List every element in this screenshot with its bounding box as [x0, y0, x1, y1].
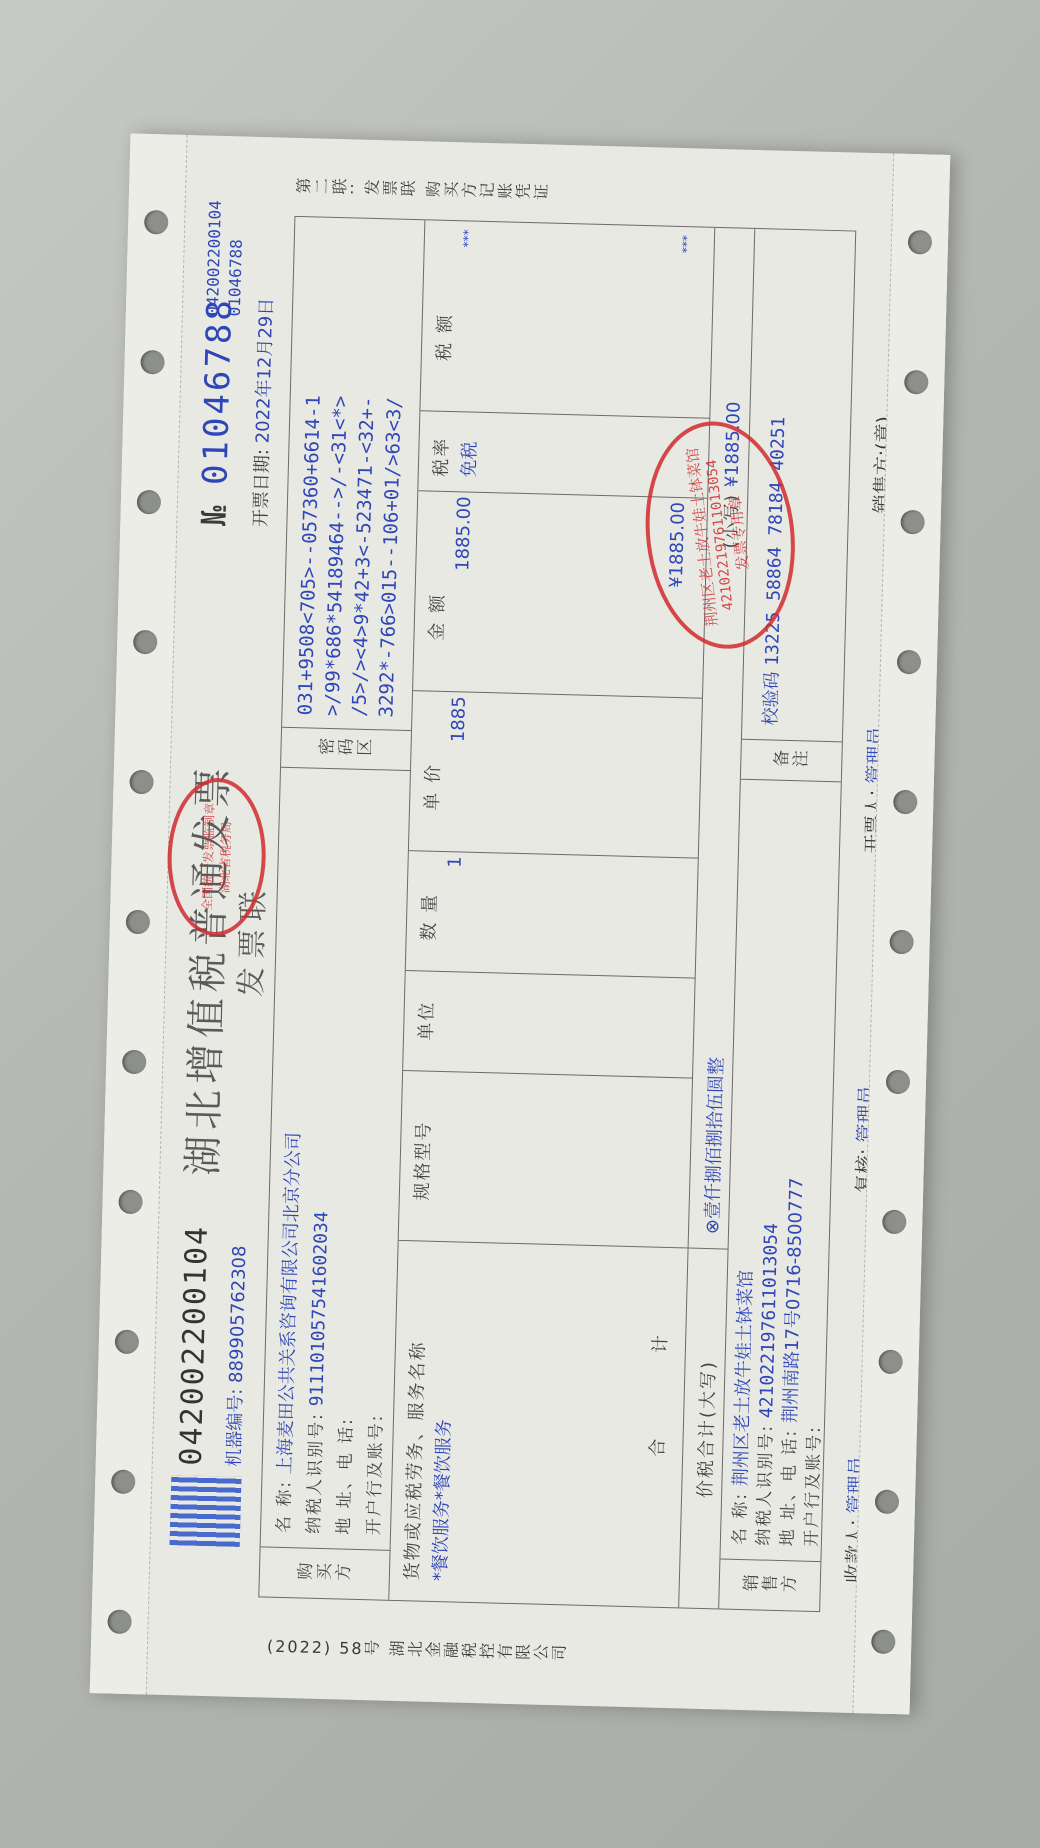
- sprocket-hole: [111, 1469, 136, 1494]
- sprocket-hole: [889, 930, 914, 955]
- issue-date: 开票日期: 2022年12月29日: [246, 297, 278, 527]
- items-col-qty: 数 量 1: [406, 850, 699, 978]
- item-price: 1885: [448, 696, 470, 742]
- sprocket-hole: [122, 1050, 147, 1075]
- right-code-block: 042002200104 01046788: [202, 200, 249, 317]
- item-amount: 1885.00: [452, 496, 475, 571]
- item-tax-rate: 免税: [455, 441, 482, 478]
- item-qty: 1: [444, 856, 465, 868]
- buyer-tax-id: 91110105754160203​4: [306, 1211, 332, 1407]
- items-col-name: 货物或应税劳务、服务名称 *餐饮服务*餐饮服务 合 计: [389, 1240, 688, 1607]
- items-col-spec: 规格型号: [399, 1070, 693, 1248]
- invoice-paper: 042002200104 机器编号: 889905762308 湖北增值税普通发…: [90, 134, 951, 1715]
- sprocket-hole: [900, 510, 925, 535]
- cipher-label: 密码区: [281, 727, 412, 770]
- sprocket-hole: [897, 650, 922, 675]
- buyer-name: 上海麦田公共关系咨询有限公司北京分公司: [275, 1132, 305, 1474]
- sprocket-hole: [144, 210, 169, 235]
- remarks-label: 备注: [741, 739, 842, 782]
- sprocket-hole: [107, 1609, 132, 1634]
- invoice-body: 042002200104 机器编号: 889905762308 湖北增值税普通发…: [146, 135, 895, 1713]
- sprocket-hole: [908, 230, 933, 255]
- sprocket-hole: [893, 790, 918, 815]
- subtotal-tax: ***: [680, 235, 694, 253]
- sprocket-hole: [118, 1190, 143, 1215]
- seller-section-label: 销售方: [719, 1558, 820, 1611]
- copy-side-label: 第二联: 发票联 购买方记账凭证: [295, 175, 855, 213]
- total-uppercase: ⊗壹仟捌佰捌拾伍圆整: [698, 1057, 729, 1235]
- sprocket-hole: [904, 370, 929, 395]
- items-col-tax: 税 额 *** ***: [420, 220, 715, 418]
- sprocket-hole: [129, 770, 154, 795]
- seller-address: 荆州南路17号0716-8500777: [780, 1177, 807, 1423]
- sprocket-hole: [878, 1350, 903, 1375]
- printer-notice: (2022) 58号 湖北金融税控有限公司: [267, 1635, 787, 1672]
- sprocket-hole: [133, 630, 158, 655]
- sprocket-hole: [137, 490, 162, 515]
- seller-info: 名 称: 荆州区老土放牛娃土钵菜馆 纳税人识别号: 42102219761101…: [720, 779, 840, 1561]
- sprocket-hole: [140, 350, 165, 375]
- items-col-unit: 单位: [403, 970, 696, 1078]
- invoice-number: № 01046788: [194, 297, 240, 527]
- qr-code: [170, 1475, 242, 1547]
- sprocket-hole: [115, 1330, 140, 1355]
- sprocket-hole: [875, 1489, 900, 1514]
- items-col-price: 单 价 1885: [409, 690, 703, 858]
- buyer-info: 名 称: 上海麦田公共关系咨询有限公司北京分公司 纳税人识别号: 9111010…: [261, 767, 411, 1550]
- sprocket-hole: [882, 1210, 907, 1235]
- cipher-area: 031+9508<705>--057360+6614-1>/99*686*541…: [282, 217, 425, 730]
- sprocket-hole: [871, 1629, 896, 1654]
- sprocket-hole: [886, 1070, 911, 1095]
- buyer-section-label: 购买方: [259, 1546, 390, 1599]
- invoice-code: 042002200104: [174, 1224, 215, 1466]
- invoice-grid: 购买方 名 称: 上海麦田公共关系咨询有限公司北京分公司 纳税人识别号: 911…: [258, 216, 856, 1612]
- item-tax: ***: [461, 229, 475, 247]
- item-name: *餐饮服务*餐饮服务: [426, 1419, 456, 1582]
- machine-number: 机器编号: 889905762308: [220, 1245, 252, 1467]
- sprocket-hole: [126, 910, 151, 935]
